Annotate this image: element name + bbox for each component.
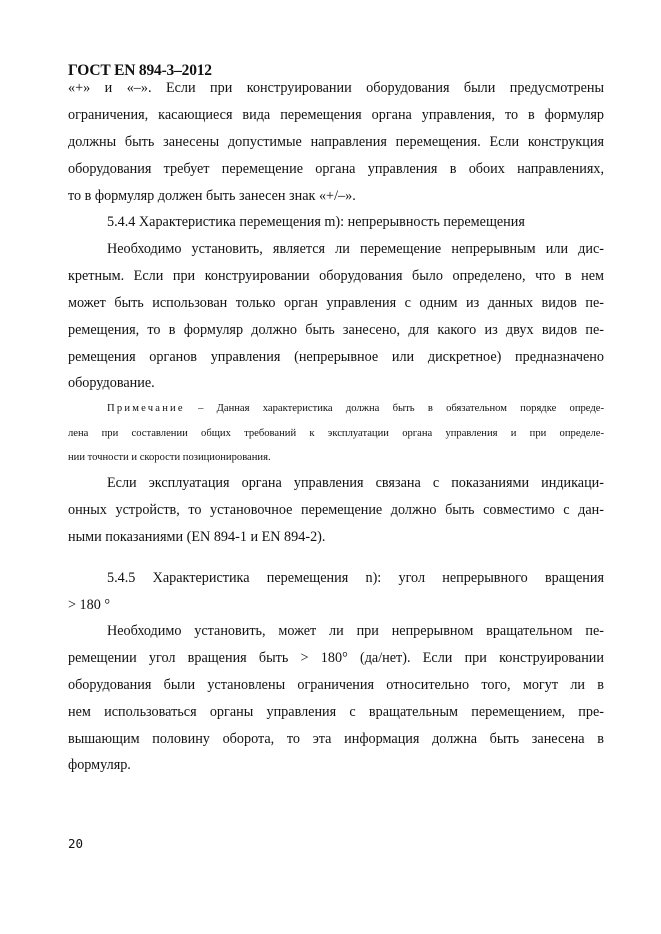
section-heading-5-4-4: 5.4.4 Характеристика перемещения m): неп… — [107, 214, 604, 231]
paragraph-line: формуляр. — [68, 757, 604, 774]
paragraph-line: Если эксплуатация органа управления связ… — [107, 475, 604, 492]
paragraph-line: должны быть занесены допустимые направле… — [68, 134, 604, 151]
paragraph-line: то в формуляр должен быть занесен знак «… — [68, 188, 604, 205]
page-number: 20 — [68, 836, 83, 851]
paragraph-line: оборудование. — [68, 375, 604, 392]
paragraph-line: онных устройств, то установочное перемещ… — [68, 502, 604, 519]
note-line: лена при составлении общих требований к … — [68, 428, 604, 439]
document-header: ГОСТ EN 894-3–2012 — [68, 62, 212, 80]
paragraph-line: может быть использован только орган упра… — [68, 295, 604, 312]
document-page: ГОСТ EN 894-3–2012 «+» и «–». Если при к… — [0, 0, 661, 934]
paragraph-line: ремещении угол вращения быть > 180° (да/… — [68, 650, 604, 667]
note-line: нии точности и скорости позиционирования… — [68, 452, 604, 463]
paragraph-line: кретным. Если при конструировании оборуд… — [68, 268, 604, 285]
paragraph-line: оборудования требует перемещение органа … — [68, 161, 604, 178]
paragraph-line: нем использоваться органы управления с в… — [68, 704, 604, 721]
section-heading-5-4-5-cont: > 180 ° — [68, 597, 604, 614]
paragraph-line: ными показаниями (EN 894-1 и EN 894-2). — [68, 529, 604, 546]
paragraph-line: Необходимо установить, может ли при непр… — [107, 623, 604, 640]
note-label: Примечание — [107, 403, 185, 414]
note-line: Примечание – Данная характеристика должн… — [107, 403, 604, 414]
paragraph-line: «+» и «–». Если при конструировании обор… — [68, 80, 604, 97]
paragraph-line: ремещения органов управления (непрерывно… — [68, 349, 604, 366]
paragraph-line: ограничения, касающиеся вида перемещения… — [68, 107, 604, 124]
section-heading-5-4-5: 5.4.5 Характеристика перемещения n): уго… — [107, 570, 604, 587]
paragraph-line: Необходимо установить, является ли перем… — [107, 241, 604, 258]
paragraph-line: вышающим половину оборота, то эта информ… — [68, 731, 604, 748]
paragraph-line: оборудования были установлены ограничени… — [68, 677, 604, 694]
paragraph-line: ремещения, то в формуляр должно быть зан… — [68, 322, 604, 339]
